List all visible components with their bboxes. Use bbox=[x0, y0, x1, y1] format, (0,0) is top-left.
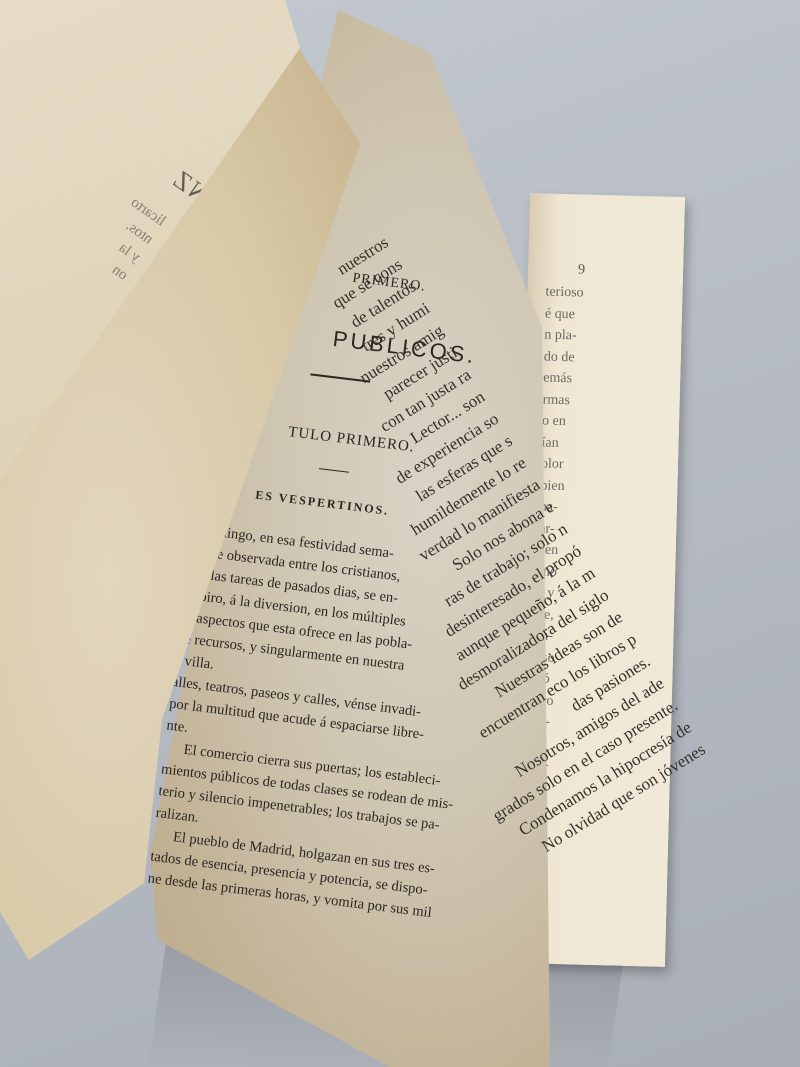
text-line: bien bbox=[540, 475, 579, 497]
text-line: n pla- bbox=[544, 325, 583, 347]
text-line: terioso bbox=[545, 282, 584, 304]
text-line: do de bbox=[544, 346, 583, 368]
text-line: o en bbox=[542, 411, 581, 433]
book-photo: 9 teriosoé quen pla-do deemásrmaso enían… bbox=[0, 0, 800, 1067]
page-number: 9 bbox=[578, 262, 585, 278]
text-line: rmas bbox=[542, 389, 581, 411]
text-line: olor bbox=[541, 453, 580, 475]
text-line: emás bbox=[543, 368, 582, 390]
text-line: ían bbox=[541, 432, 580, 454]
text-line: é que bbox=[545, 303, 584, 325]
